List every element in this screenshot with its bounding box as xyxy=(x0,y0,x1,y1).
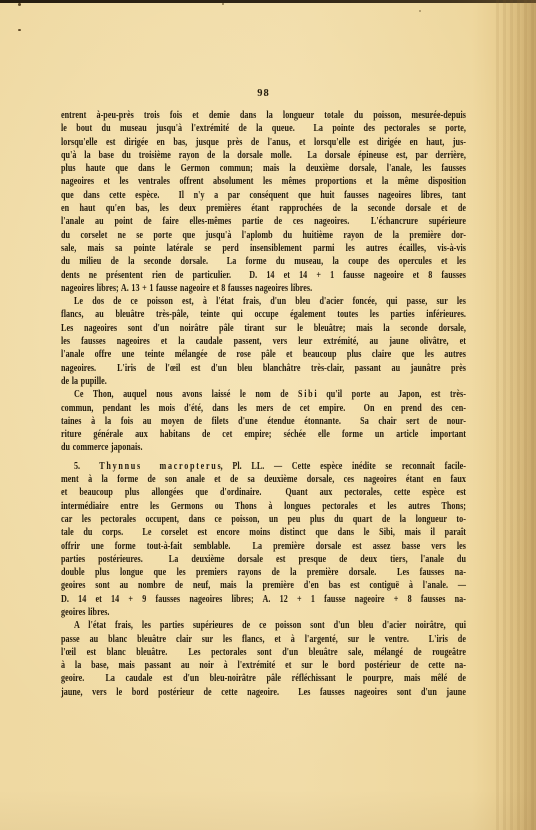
paper-speck xyxy=(18,3,21,6)
paragraph-1-line-9: l'anale au point de faire elles-mêmes pa… xyxy=(61,215,466,228)
paragraph-2-line-7: de la pupille. xyxy=(61,375,466,388)
paragraph-4-line-4: intermédiaire entre les Germons ou Thons… xyxy=(61,500,466,513)
paragraph-1-line-13: dents ne présentent rien de particulier.… xyxy=(61,269,466,282)
text-block: entrent à-peu-près trois fois et demie d… xyxy=(61,109,466,699)
paragraph-2-line-4: les fausses nageoires et la caudale pass… xyxy=(61,335,466,348)
paragraph-2-line-6: nageoires. L'iris de l'œil est d'un bleu… xyxy=(61,362,466,375)
paragraph-1-line-3: lorsqu'elle est dirigée en bas, jusque p… xyxy=(61,136,466,149)
paragraph-5-line-5: geoire. La caudale est d'un bleu-noirâtr… xyxy=(61,672,466,685)
paragraph-4-line-5: car les pectorales occupent, dans ce poi… xyxy=(61,513,466,526)
paragraph-4-line-8: parties postérieures. La deuxième dorsal… xyxy=(61,553,466,566)
paper-speck xyxy=(222,3,224,5)
paragraph-3-line-1: Ce Thon, auquel nous avons laissé le nom… xyxy=(61,388,466,401)
paragraph-1-line-1: entrent à-peu-près trois fois et demie d… xyxy=(61,109,466,122)
scan-bottom-shading xyxy=(0,790,536,830)
paragraph-3-line-5: du commerce japonais. xyxy=(61,441,466,454)
scan-gutter-shading xyxy=(496,0,536,830)
paragraph-1-line-5: plus haute que dans le Germon commun; ma… xyxy=(61,162,466,175)
paragraph-4-line-7: offrir une forme tout-à-fait semblable. … xyxy=(61,540,466,553)
paragraph-1-line-11: sale, mais sa pointe latérale se perd in… xyxy=(61,242,466,255)
paragraph-1-line-2: le bout du museau jusqu'à l'extrémité de… xyxy=(61,122,466,135)
paragraph-1-line-6: nageoires et les ventrales offrent absol… xyxy=(61,175,466,188)
paragraph-2-line-5: l'anale offre une teinte mélangée de ros… xyxy=(61,348,466,361)
paragraph-1-line-14: nageoires libres; A. 13 + 1 fausse nageo… xyxy=(61,282,466,295)
paragraph-5-line-3: l'œil est blanc bleuâtre. Les pectorales… xyxy=(61,646,466,659)
paragraph-4-line-12: geoires libres. xyxy=(61,606,466,619)
paragraph-5-line-6: jaune, vers le bord postérieur de cette … xyxy=(61,686,466,699)
paragraph-3-line-3: taines à la fois au moyen de filets d'un… xyxy=(61,415,466,428)
paragraph-4-line-9: double plus longue que les premiers rayo… xyxy=(61,566,466,579)
paragraph-1-line-12: du milieu de la seconde dorsale. La form… xyxy=(61,255,466,268)
paragraph-3-line-4: riture générale aux habitans de cet empi… xyxy=(61,428,466,441)
scanned-book-page: 98 entrent à-peu-près trois fois et demi… xyxy=(0,0,536,830)
paragraph-5-line-1: A l'état frais, les parties supérieures … xyxy=(61,619,466,632)
paragraph-5-line-2: passe au blanc bleuâtre clair sur les fl… xyxy=(61,633,466,646)
paragraph-4-line-2: ment à la forme de son anale et de sa de… xyxy=(61,473,466,486)
paragraph-2-line-3: Les nageoires sont d'un noirâtre pâle ti… xyxy=(61,322,466,335)
scan-edge-strip xyxy=(0,0,536,3)
paragraph-1-line-7: que dans cette espèce. Il n'y a par cons… xyxy=(61,189,466,202)
paragraph-5-line-4: à la base, mais passant au noir à l'extr… xyxy=(61,659,466,672)
paragraph-2-line-2: flancs, au bleuâtre très-pâle, teinte qu… xyxy=(61,308,466,321)
paragraph-4-line-10: geoires sont au nombre de neuf, mais la … xyxy=(61,579,466,592)
paragraph-3-line-2: commun, pendant les mois d'été, dans les… xyxy=(61,402,466,415)
paragraph-4-line-3: et beaucoup plus allongées que d'ordinai… xyxy=(61,486,466,499)
paragraph-4-line-1: 5. T h y n n u s m a c r o p t e r u s, … xyxy=(61,460,466,473)
paragraph-1-line-8: en haut qu'en bas, les deux premières ét… xyxy=(61,202,466,215)
paper-speck xyxy=(419,10,421,12)
paragraph-4-line-6: tale du corps. Le corselet est encore mo… xyxy=(61,526,466,539)
page-number: 98 xyxy=(61,88,466,99)
paragraph-4-line-11: D. 14 et 14 + 9 fausses nageoires libres… xyxy=(61,593,466,606)
paragraph-1-line-10: du corselet ne se porte que jusqu'à l'ap… xyxy=(61,229,466,242)
paragraph-2-line-1: Le dos de ce poisson est, à l'état frais… xyxy=(61,295,466,308)
paragraph-1-line-4: qu'à la base du troisième rayon de la do… xyxy=(61,149,466,162)
paper-speck xyxy=(18,29,21,31)
